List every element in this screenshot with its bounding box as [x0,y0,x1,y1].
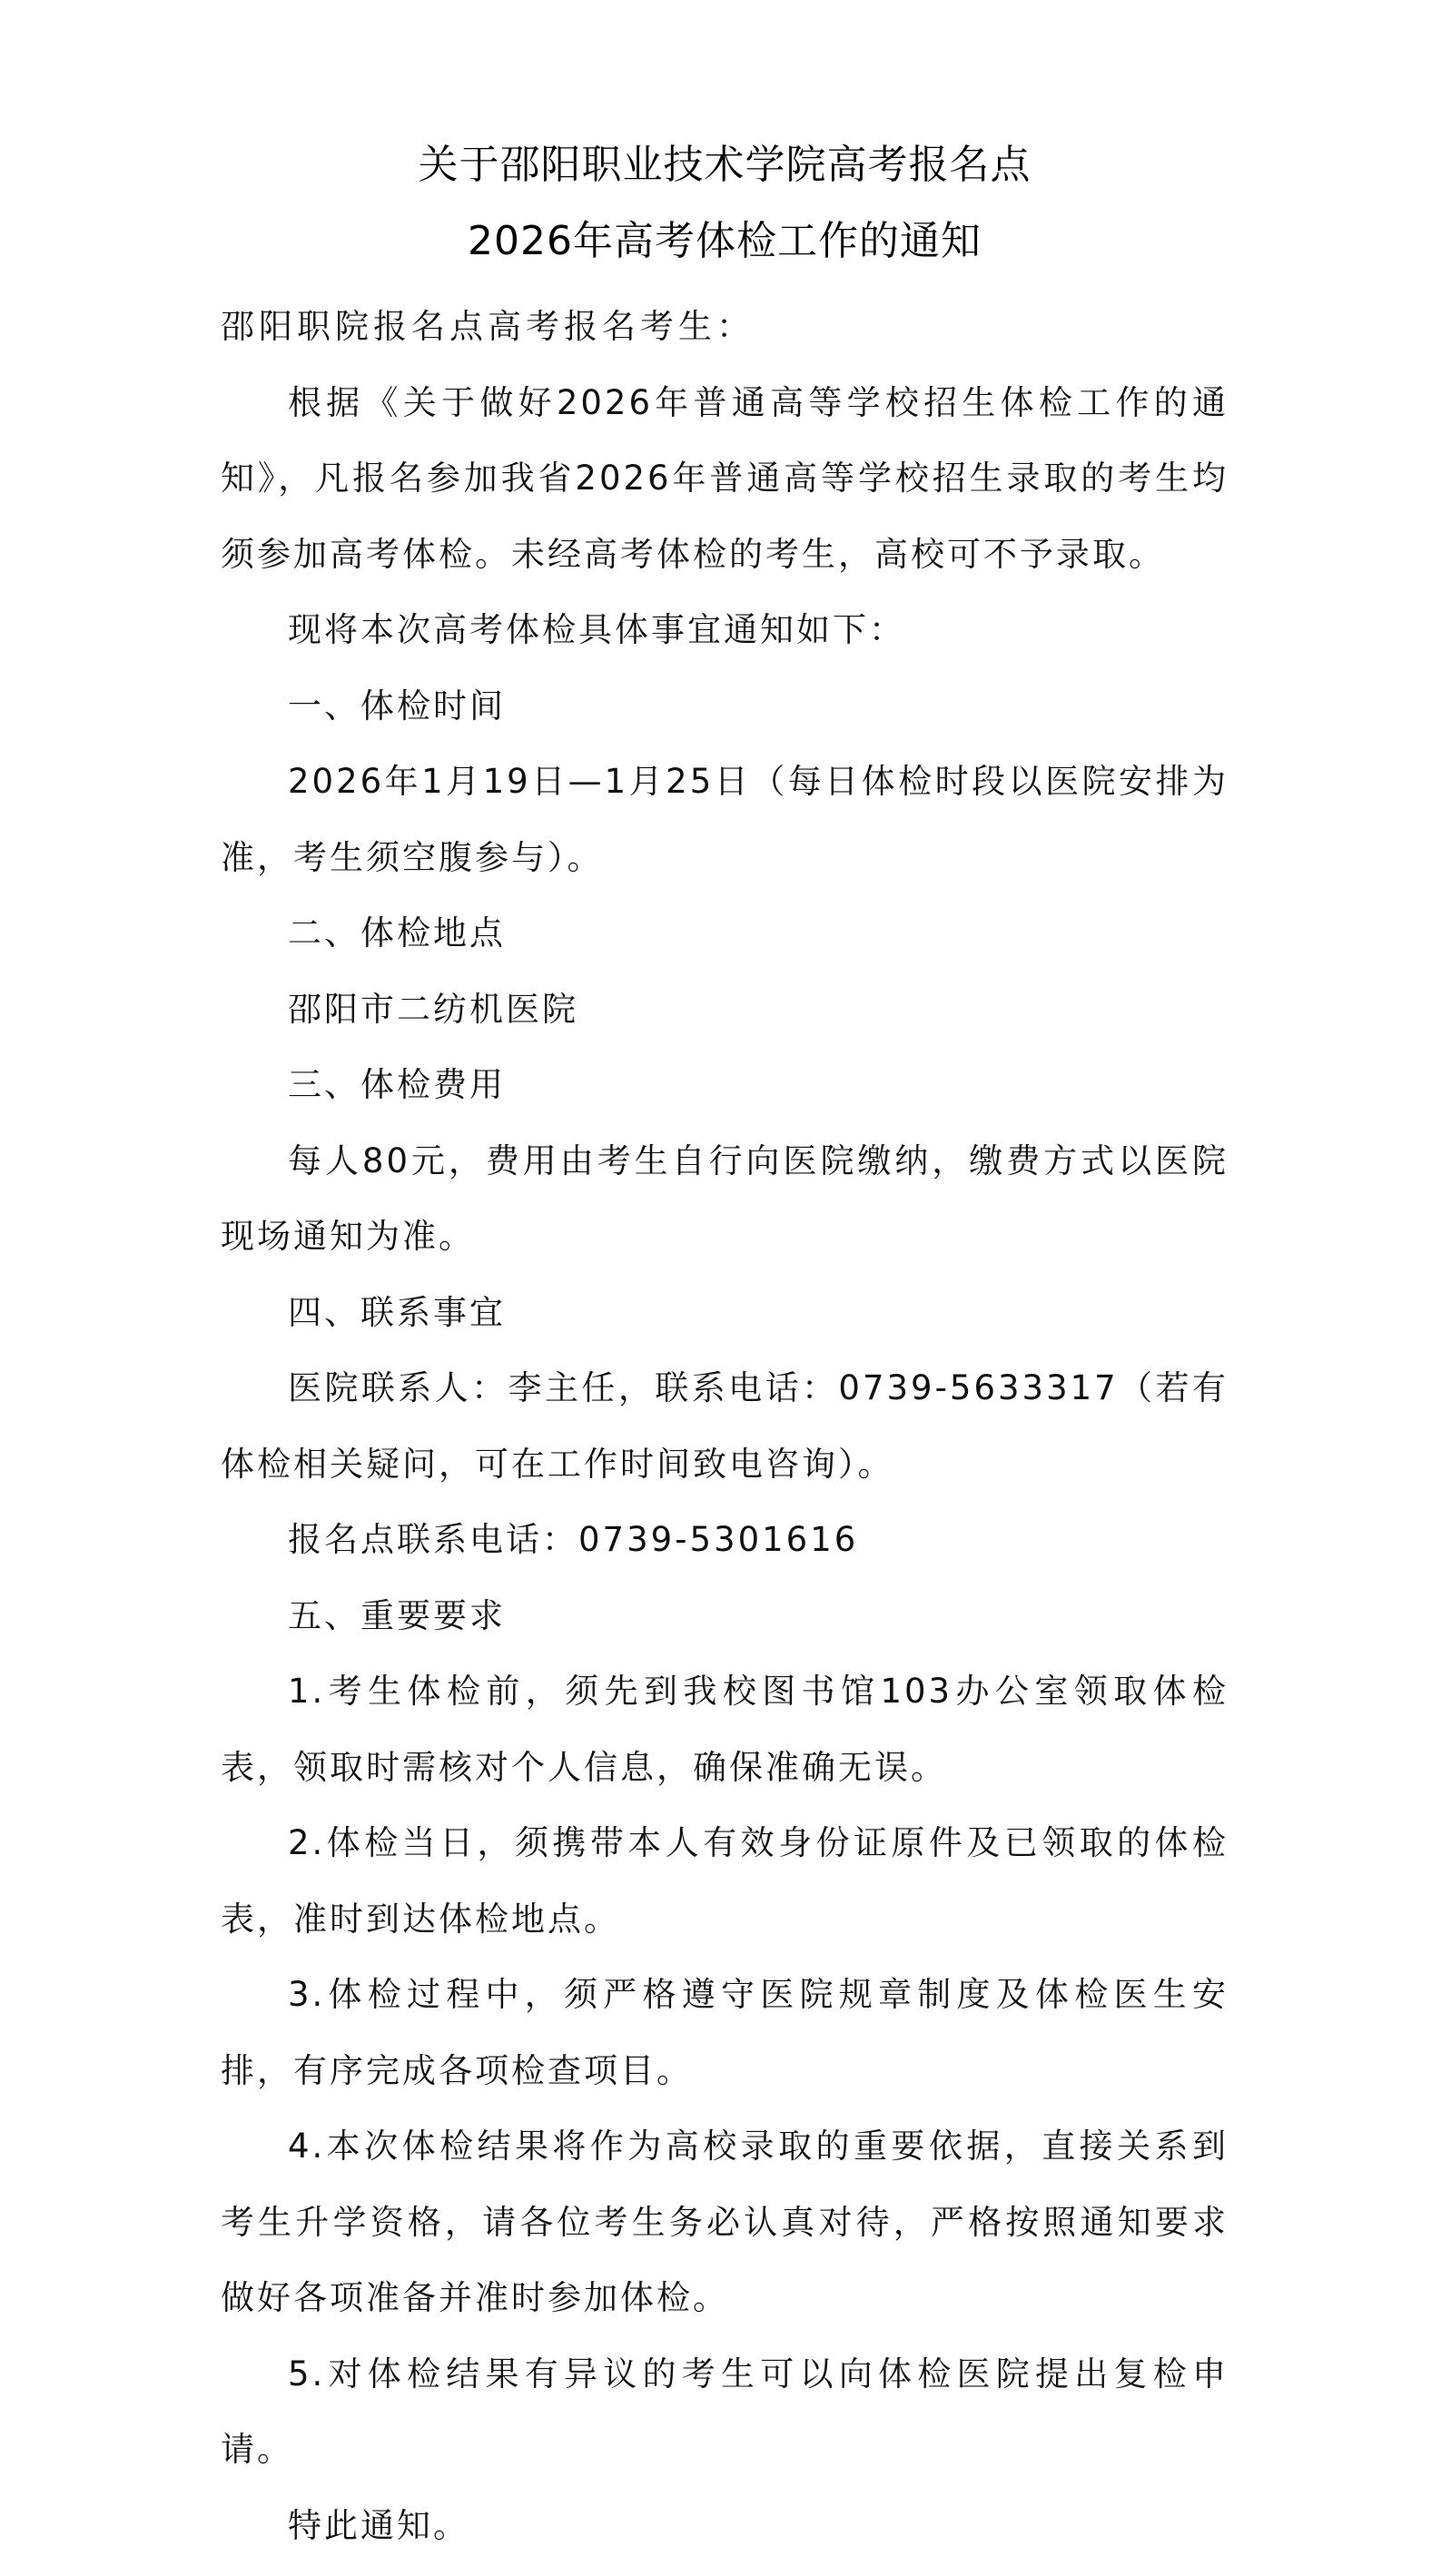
requirement-item-4: 4.本次体检结果将作为高校录取的重要依据，直接关系到考生升学资格，请各位考生务必… [221,2108,1229,2336]
section-heading-location: 二、体检地点 [221,895,1229,972]
requirement-item-5: 5.对体检结果有异议的考生可以向体检医院提出复检申请。 [221,2336,1229,2488]
intro-paragraph: 根据《关于做好2026年普通高等学校招生体检工作的通知》，凡报名参加我省2026… [221,365,1229,593]
section-fee-paragraph: 每人80元，费用由考生自行向医院缴纳，缴费方式以医院现场通知为准。 [221,1123,1229,1275]
closing-line: 特此通知。 [221,2488,1229,2564]
section-heading-fee: 三、体检费用 [221,1047,1229,1123]
document-body: 邵阳职院报名点高考报名考生： 根据《关于做好2026年普通高等学校招生体检工作的… [221,289,1229,2563]
salutation: 邵阳职院报名点高考报名考生： [221,289,1229,365]
section-heading-requirements: 五、重要要求 [221,1578,1229,1654]
section-time-paragraph: 2026年1月19日—1月25日（每日体检时段以医院安排为准，考生须空腹参与）。 [221,744,1229,895]
section-location-paragraph: 邵阳市二纺机医院 [221,972,1229,1048]
requirement-item-2: 2.体检当日，须携带本人有效身份证原件及已领取的体检表，准时到达体检地点。 [221,1805,1229,1957]
section-heading-contact: 四、联系事宜 [221,1275,1229,1351]
document-title-line-1: 关于邵阳职业技术学院高考报名点 [221,138,1229,192]
registration-contact-paragraph: 报名点联系电话：0739-5301616 [221,1502,1229,1578]
requirement-item-1: 1.考生体检前，须先到我校图书馆103办公室领取体检表，领取时需核对个人信息，确… [221,1653,1229,1805]
requirement-item-3: 3.体检过程中，须严格遵守医院规章制度及体检医生安排，有序完成各项检查项目。 [221,1957,1229,2108]
section-heading-time: 一、体检时间 [221,668,1229,745]
lead-paragraph: 现将本次高考体检具体事宜通知如下： [221,592,1229,668]
document-title-line-2: 2026年高考体检工作的通知 [221,214,1229,269]
hospital-contact-paragraph: 医院联系人：李主任，联系电话：0739-5633317（若有体检相关疑问，可在工… [221,1350,1229,1502]
